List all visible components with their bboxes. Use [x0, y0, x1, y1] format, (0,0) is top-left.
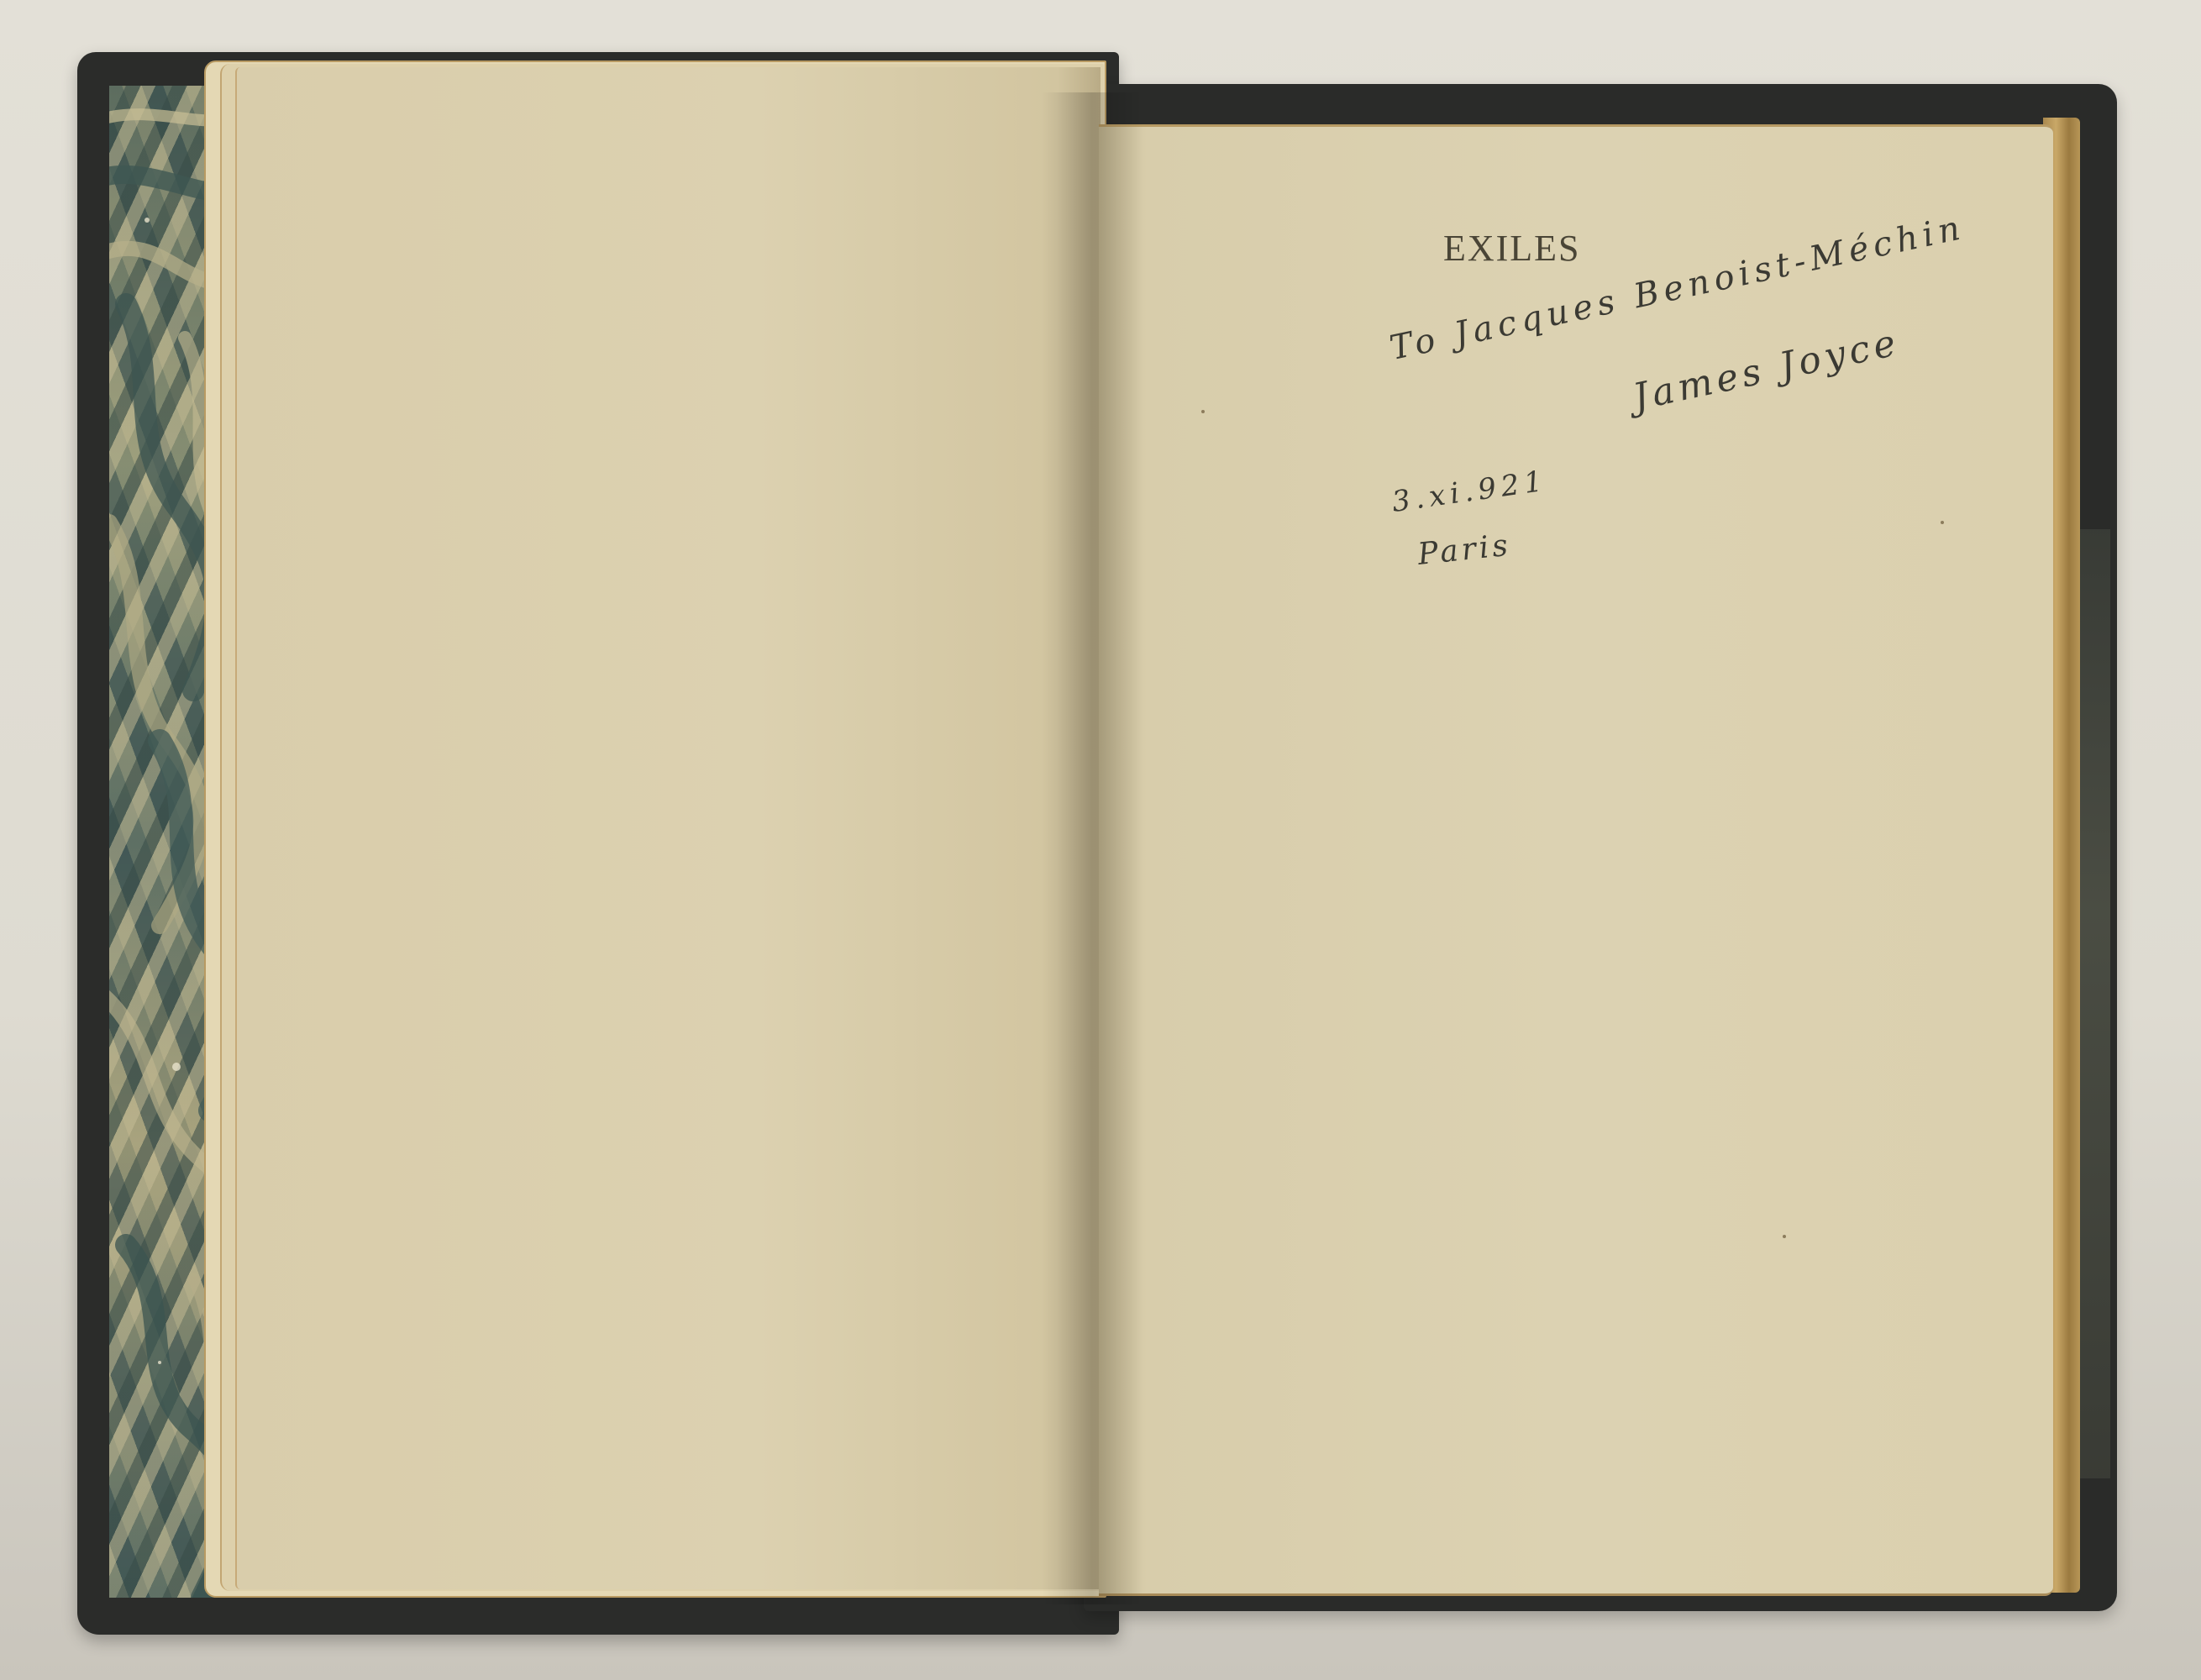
book-title: EXILES	[1443, 227, 1581, 270]
left-page	[235, 67, 1100, 1589]
paper-speck	[1783, 1235, 1786, 1238]
leather-corner-strip	[2075, 529, 2110, 1478]
right-page	[1099, 124, 2053, 1596]
paper-speck	[1941, 521, 1944, 524]
paper-speck	[1201, 410, 1205, 413]
gutter-shadow	[1042, 92, 1143, 1604]
